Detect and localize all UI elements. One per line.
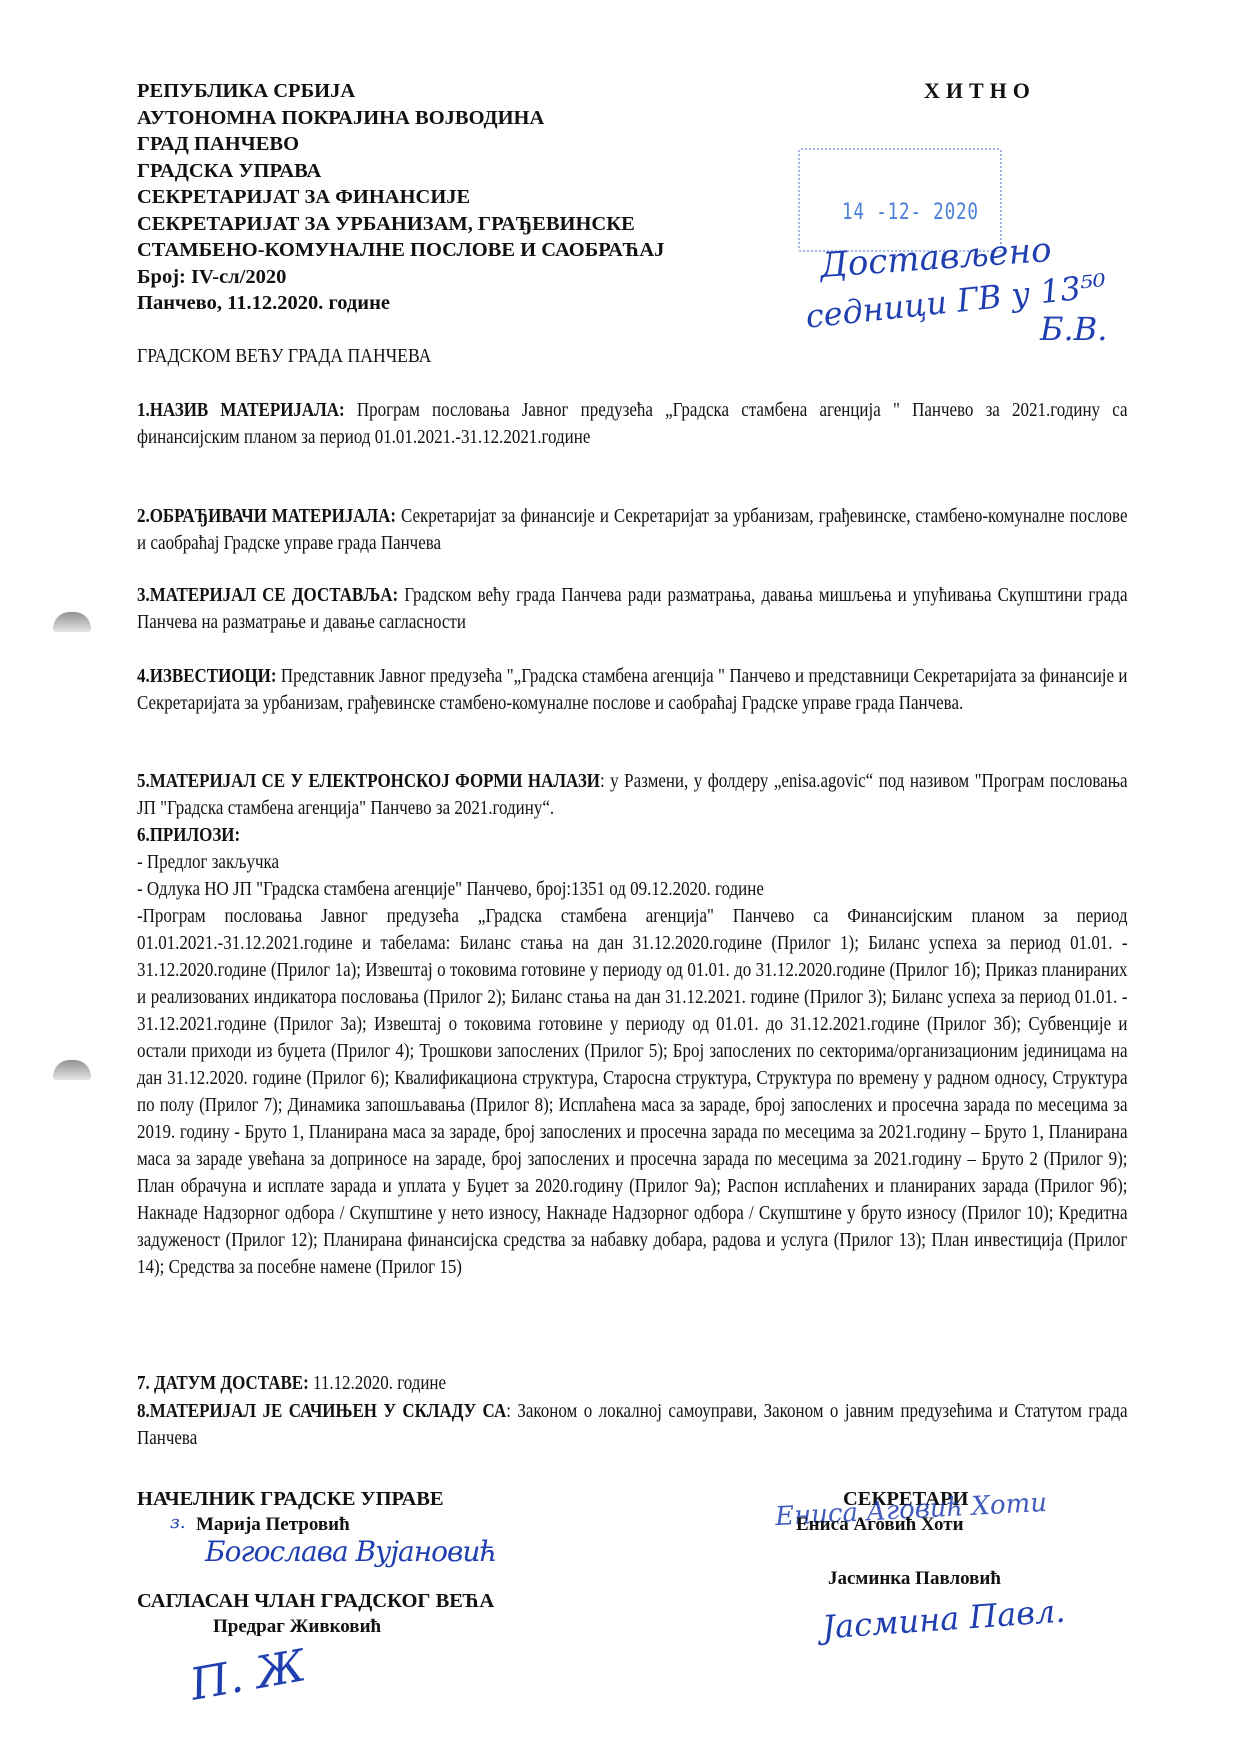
punch-hole xyxy=(53,1060,91,1080)
section-label: 5.МАТЕРИЈАЛ СЕ У ЕЛЕКТРОНСКОЈ ФОРМИ НАЛА… xyxy=(137,771,600,792)
section-label: 4.ИЗВЕСТИОЦИ: xyxy=(137,666,277,687)
section-label: 6.ПРИЛОЗИ: xyxy=(137,822,1127,849)
punch-hole xyxy=(53,612,91,632)
section-material-name: 1.НАЗИВ МАТЕРИЈАЛА: Програм пословања Ја… xyxy=(137,397,1127,451)
document-page: РЕПУБЛИКА СРБИЈА АУТОНОМНА ПОКРАЈИНА ВОЈ… xyxy=(0,0,1240,1752)
section-material-authors: 2.ОБРАЂИВАЧИ МАТЕРИЈАЛА: Секретаријат за… xyxy=(137,503,1127,557)
stamp-date: 14 -12- 2020 xyxy=(842,200,979,225)
addressee: ГРАДСКОМ ВЕЋУ ГРАДА ПАНЧЕВА xyxy=(137,345,431,368)
signature-title-council-member: САГЛАСАН ЧЛАН ГРАДСКОГ ВЕЋА xyxy=(137,1588,494,1614)
header-secretariat-finance: СЕКРЕТАРИЈАТ ЗА ФИНАНСИЈЕ xyxy=(137,184,664,211)
handwritten-initials: Б.В. xyxy=(1040,310,1107,348)
section-legal-basis: 8.МАТЕРИЈАЛ ЈЕ САЧИЊЕН У СКЛАДУ СА: Зако… xyxy=(137,1398,1127,1452)
section-rapporteurs: 4.ИЗВЕСТИОЦИ: Представник Јавног предузе… xyxy=(137,663,1127,717)
handwritten-signature: Богослава Вујановић xyxy=(205,1535,496,1568)
document-number: Број: IV-сл/2020 xyxy=(137,264,664,291)
section-label: 3.МАТЕРИЈАЛ СЕ ДОСТАВЉА: xyxy=(137,585,398,606)
header-administration: ГРАДСКА УПРАВА xyxy=(137,158,664,185)
attachment-item: -Програм пословања Јавног предузећа „Гра… xyxy=(137,903,1127,1281)
section-label: 8.МАТЕРИЈАЛ ЈЕ САЧИЊЕН У СКЛАДУ СА xyxy=(137,1401,506,1422)
section-text: Представник Јавног предузећа "„Градска с… xyxy=(137,666,1127,714)
attachment-item: - Предлог закључка xyxy=(137,849,1127,876)
section-label: 2.ОБРАЂИВАЧИ МАТЕРИЈАЛА: xyxy=(137,506,396,527)
signature-name-council-member: Предраг Живковић xyxy=(213,1614,381,1640)
section-label: 1.НАЗИВ МАТЕРИЈАЛА: xyxy=(137,400,345,421)
header-secretariat-urbanism: СЕКРЕТАРИЈАТ ЗА УРБАНИЗАМ, ГРАЂЕВИНСКЕ xyxy=(137,211,664,238)
section-electronic-location: 5.МАТЕРИЈАЛ СЕ У ЕЛЕКТРОНСКОЈ ФОРМИ НАЛА… xyxy=(137,768,1127,822)
document-header: РЕПУБЛИКА СРБИЈА АУТОНОМНА ПОКРАЈИНА ВОЈ… xyxy=(137,78,664,317)
section-delivery-date: 7. ДАТУМ ДОСТАВЕ: 11.12.2020. године xyxy=(137,1370,1127,1397)
handwritten-signature: П. Ж xyxy=(186,1640,309,1710)
section-text: 11.12.2020. године xyxy=(309,1373,446,1394)
signature-name-secretary-1: Ениса Аговић Хоти xyxy=(796,1512,964,1538)
attachment-item: - Одлука НО ЈП "Градска стамбена агенциј… xyxy=(137,876,1127,903)
header-country: РЕПУБЛИКА СРБИЈА xyxy=(137,78,664,105)
urgent-label: ХИТНО xyxy=(924,78,1036,104)
section-label: 7. ДАТУМ ДОСТАВЕ: xyxy=(137,1373,309,1394)
header-city: ГРАД ПАНЧЕВО xyxy=(137,131,664,158)
section-attachments: 6.ПРИЛОЗИ: - Предлог закључка - Одлука Н… xyxy=(137,822,1127,1281)
header-secretariat-urbanism-cont: СТАМБЕНО-КОМУНАЛНЕ ПОСЛОВЕ И САОБРАЋАЈ xyxy=(137,237,664,264)
signature-on-behalf-mark: з. xyxy=(170,1512,186,1533)
header-province: АУТОНОМНА ПОКРАЈИНА ВОЈВОДИНА xyxy=(137,105,664,132)
handwritten-signature: Јасмина Павл. xyxy=(821,1592,1067,1647)
signature-name-secretary-2: Јасминка Павловић xyxy=(828,1566,1001,1592)
section-delivered-to: 3.МАТЕРИЈАЛ СЕ ДОСТАВЉА: Градском већу г… xyxy=(137,582,1127,636)
signature-title-head-of-administration: НАЧЕЛНИК ГРАДСКЕ УПРАВЕ xyxy=(137,1486,444,1512)
document-date: Панчево, 11.12.2020. године xyxy=(137,290,664,317)
